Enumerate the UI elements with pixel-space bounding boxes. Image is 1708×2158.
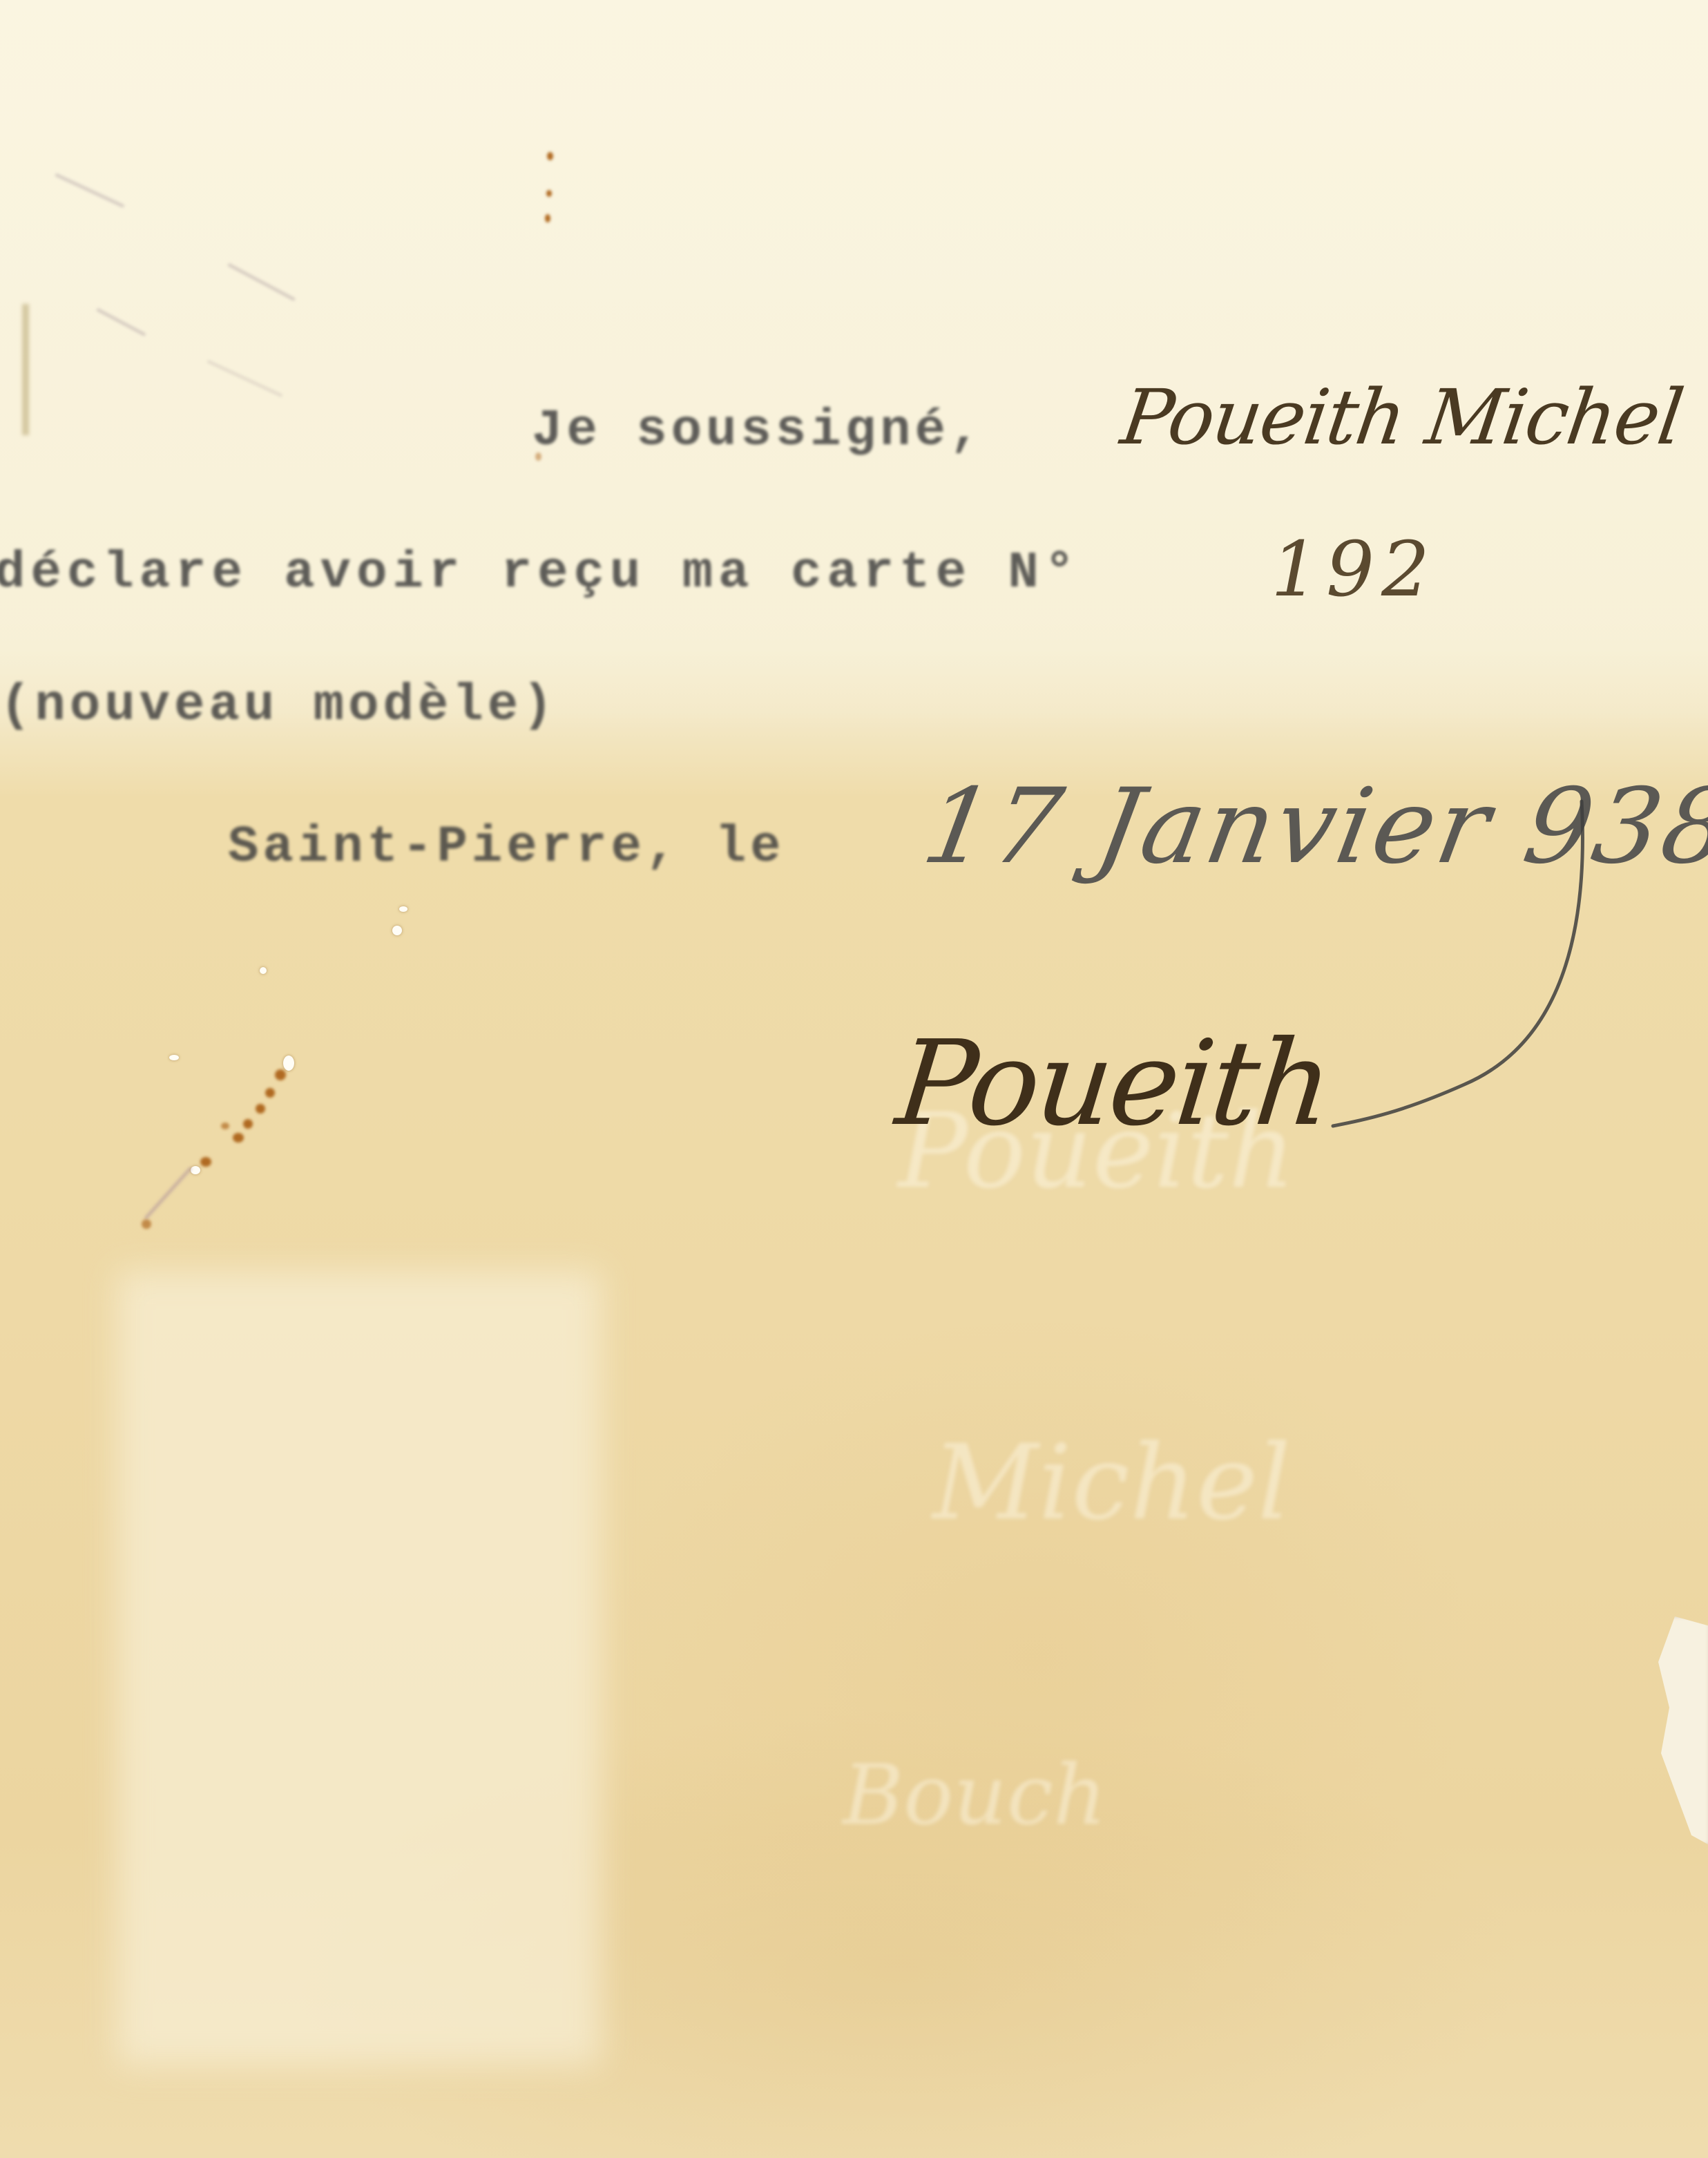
rust-stain bbox=[275, 1069, 286, 1080]
puncture-hole bbox=[191, 1166, 200, 1174]
handwritten-card-number: 192 bbox=[1271, 525, 1437, 613]
left-edge-stain bbox=[22, 304, 29, 435]
rust-stain bbox=[547, 152, 553, 160]
puncture-hole bbox=[392, 926, 402, 935]
typed-line-nouveau-modele: (nouveau modèle) bbox=[0, 677, 557, 735]
handwritten-name: Poueith Michel bbox=[1116, 373, 1687, 461]
pale-rectangle-mark bbox=[117, 1271, 601, 2065]
paper-upper-band bbox=[0, 0, 1708, 732]
rust-stain bbox=[142, 1219, 151, 1229]
rust-stain bbox=[243, 1119, 253, 1129]
rust-stain bbox=[256, 1104, 265, 1114]
typed-line-je-soussigne: Je soussigné, bbox=[532, 402, 984, 460]
rust-stain bbox=[265, 1088, 275, 1098]
bleedthrough-text: Michel bbox=[932, 1423, 1291, 1543]
bleedthrough-text: Bouch bbox=[843, 1748, 1106, 1844]
rust-stain bbox=[546, 190, 552, 197]
rust-stain bbox=[545, 214, 550, 222]
rust-stain bbox=[221, 1123, 229, 1129]
typed-line-declare-carte: déclare avoir reçu ma carte N° bbox=[0, 544, 1080, 602]
puncture-hole bbox=[283, 1056, 294, 1071]
rust-stain bbox=[233, 1133, 244, 1143]
signature: Poueith bbox=[891, 1015, 1336, 1152]
rust-stain bbox=[200, 1157, 211, 1167]
puncture-hole bbox=[399, 906, 407, 912]
typed-line-saint-pierre: Saint-Pierre, le bbox=[228, 819, 785, 877]
puncture-hole bbox=[260, 967, 267, 974]
puncture-hole bbox=[169, 1055, 179, 1060]
